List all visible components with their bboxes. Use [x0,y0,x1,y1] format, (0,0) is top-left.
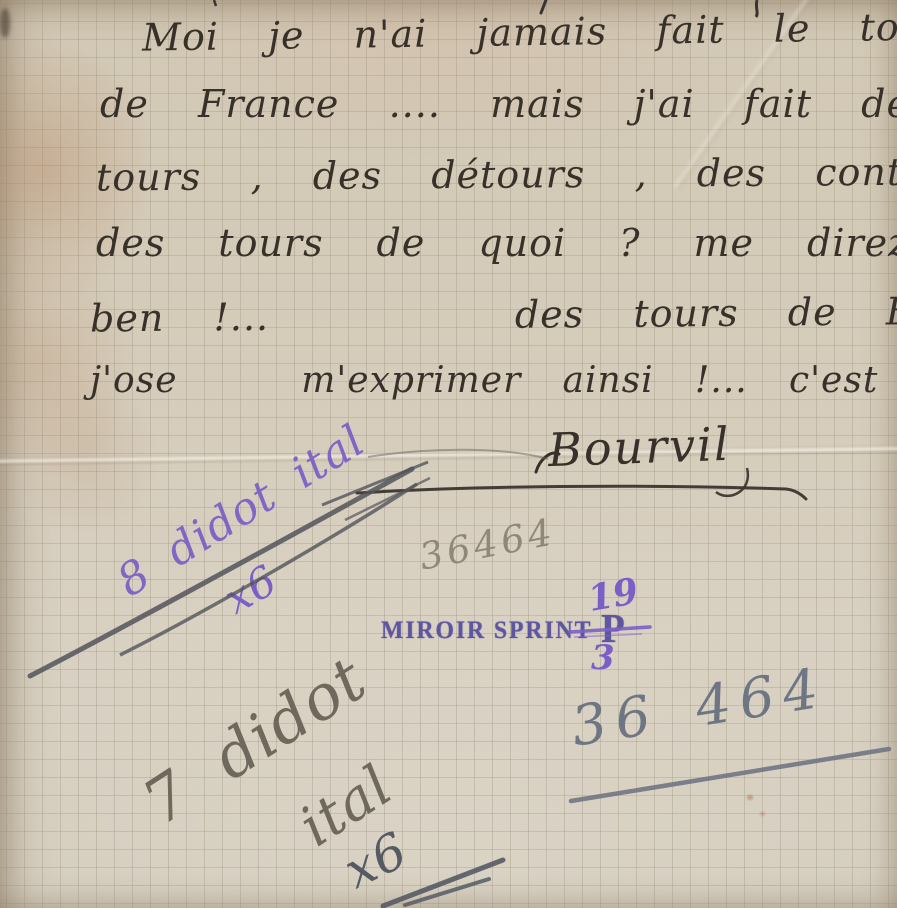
letter-line-6: j'ose m'exprimer ainsi !... c'est bête !… [90,360,897,401]
paper-speck [760,812,765,816]
signature-text: Bourvil [547,417,731,477]
stamp-text: MIROIR SPRINT [381,617,592,644]
letter-line-5: ben !... des tours de Bourvil si [90,288,897,341]
paper-sheet: Moi je n'ai jamais fait le tour de Franc… [0,0,897,908]
letter-line-2: de France .... mais j'ai fait des [100,82,897,126]
paper-speck [747,795,753,800]
edge-smudge [0,8,10,38]
stamp-fraction-denominator: 3 [591,638,615,678]
letter-line-3: tours , des détours , des contours .... [96,149,897,200]
stamp-fraction-numerator: 19 [585,570,642,620]
letter-line-4: des tours de quoi ? me direz-vous .... [96,221,897,265]
